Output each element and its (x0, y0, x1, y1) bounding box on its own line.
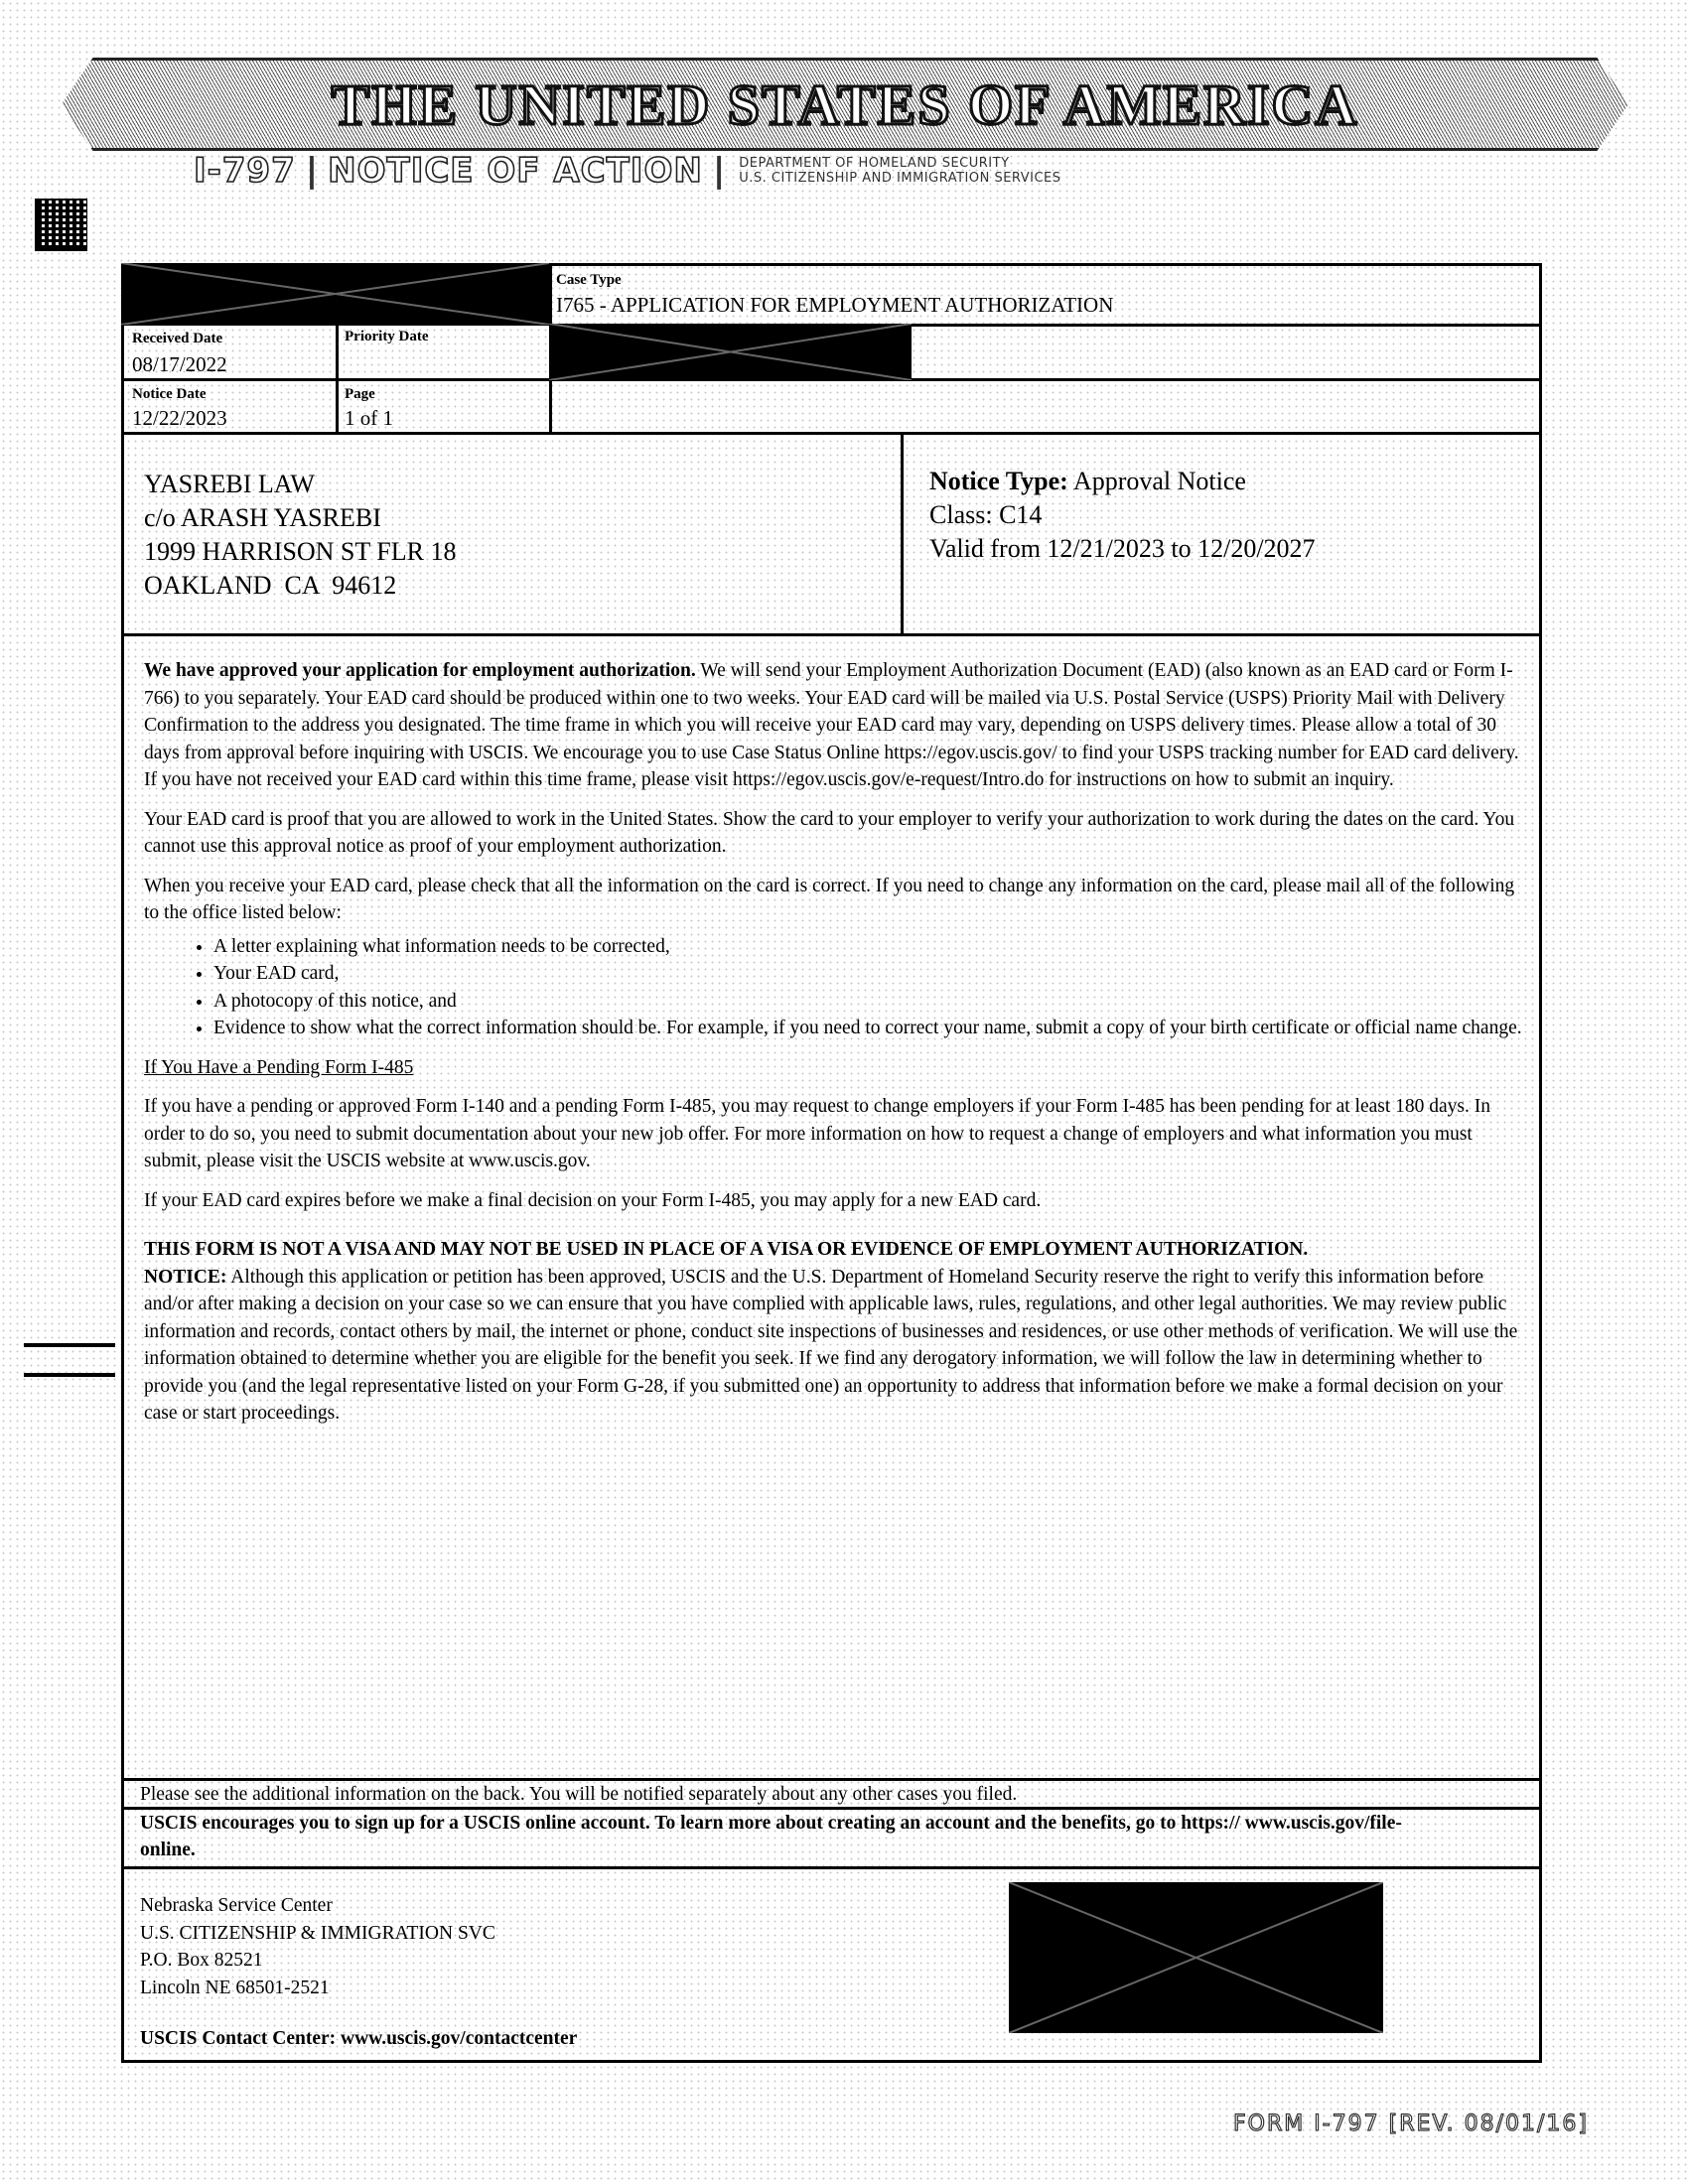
service-center-address: Nebraska Service Center U.S. CITIZENSHIP… (140, 1892, 495, 2001)
form-revision: FORM I-797 [REV. 08/01/16] (1233, 2112, 1589, 2136)
additional-info-line: Please see the additional information on… (140, 1781, 1530, 1808)
validity-line: Valid from 12/21/2023 to 12/20/2027 (929, 532, 1316, 566)
divider (121, 633, 1542, 636)
paragraph-ead-expiry: If your EAD card expires before we make … (144, 1187, 1534, 1215)
addressee-block: YASREBI LAW c/o ARASH YASREBI 1999 HARRI… (144, 468, 456, 603)
redacted-signature-block (1009, 1882, 1383, 2033)
notice-subtitle: I-797 | NOTICE OF ACTION | DEPARTMENT OF… (194, 151, 1061, 191)
title-separator-2: | (713, 151, 725, 191)
addressee-line-4: OAKLAND CA 94612 (144, 569, 456, 603)
office-line-3: P.O. Box 82521 (140, 1947, 495, 1975)
department-line-1: DEPARTMENT OF HOMELAND SECURITY (739, 156, 1009, 171)
notice-label: NOTICE: (144, 1267, 226, 1288)
banner-title: The United States of America (332, 71, 1359, 138)
notice-text: Although this application or petition ha… (144, 1267, 1517, 1425)
addressee-line-3: 1999 HARRISON ST FLR 18 (144, 535, 456, 569)
page-label: Page (345, 386, 375, 403)
form-id: I-797 (194, 151, 296, 191)
notice-date-label: Notice Date (132, 386, 207, 403)
received-date-value: 08/17/2022 (132, 352, 227, 377)
margin-mark (24, 1373, 115, 1377)
section-heading-i485: If You Have a Pending Form I-485 (144, 1054, 1534, 1082)
paragraph-approval: We have approved your application for em… (144, 657, 1534, 794)
paragraph-i485: If you have a pending or approved Form I… (144, 1093, 1534, 1175)
case-type-value: I765 - APPLICATION FOR EMPLOYMENT AUTHOR… (556, 293, 1113, 318)
paragraph-ead-proof: Your EAD card is proof that you are allo… (144, 806, 1534, 861)
department-block: DEPARTMENT OF HOMELAND SECURITY U.S. CIT… (739, 156, 1060, 186)
visa-warning-text: THIS FORM IS NOT A VISA AND MAY NOT BE U… (144, 1239, 1308, 1260)
title-separator: | (306, 151, 318, 191)
approval-statement: We have approved your application for em… (144, 660, 696, 681)
department-line-2: U.S. CITIZENSHIP AND IMMIGRATION SERVICE… (739, 171, 1060, 186)
redacted-applicant-info (549, 324, 912, 380)
priority-date-label: Priority Date (345, 329, 429, 345)
online-account-notice: USCIS encourages you to sign up for a US… (140, 1810, 1431, 1863)
addressee-line-1: YASREBI LAW (144, 468, 456, 501)
divider (336, 323, 339, 434)
notice-type-value: Approval Notice (1073, 467, 1246, 495)
office-line-4: Lincoln NE 68501-2521 (140, 1975, 495, 2002)
list-item: Your EAD card, (213, 960, 1534, 988)
margin-mark (24, 1343, 115, 1347)
header-banner: The United States of America (62, 58, 1628, 151)
notice-type-block: Notice Type: Approval Notice Class: C14 … (929, 465, 1316, 566)
correction-list: A letter explaining what information nee… (144, 933, 1534, 1042)
notice-body: We have approved your application for em… (144, 657, 1534, 1439)
divider (121, 1866, 1542, 1869)
case-type-label: Case Type (556, 272, 622, 289)
divider (121, 432, 1542, 435)
redacted-receipt-number (121, 263, 549, 325)
contact-center-line: USCIS Contact Center: www.uscis.gov/cont… (140, 2025, 577, 2052)
list-item: Evidence to show what the correct inform… (213, 1015, 1534, 1042)
office-line-2: U.S. CITIZENSHIP & IMMIGRATION SVC (140, 1920, 495, 1948)
list-item: A letter explaining what information nee… (213, 933, 1534, 961)
office-line-1: Nebraska Service Center (140, 1892, 495, 1920)
notice-date-value: 12/22/2023 (132, 406, 227, 431)
visa-warning: THIS FORM IS NOT A VISA AND MAY NOT BE U… (144, 1236, 1534, 1264)
page-value: 1 of 1 (345, 406, 393, 431)
notice-title: NOTICE OF ACTION (328, 151, 703, 191)
list-item: A photocopy of this notice, and (213, 988, 1534, 1016)
paragraph-notice: NOTICE: Although this application or pet… (144, 1264, 1534, 1428)
divider (901, 434, 904, 635)
class-line: Class: C14 (929, 498, 1316, 532)
notice-type-label: Notice Type: (929, 467, 1068, 495)
datamatrix-barcode-icon (35, 199, 87, 251)
addressee-line-2: c/o ARASH YASREBI (144, 501, 456, 535)
received-date-label: Received Date (132, 331, 222, 347)
paragraph-correction: When you receive your EAD card, please c… (144, 873, 1534, 927)
